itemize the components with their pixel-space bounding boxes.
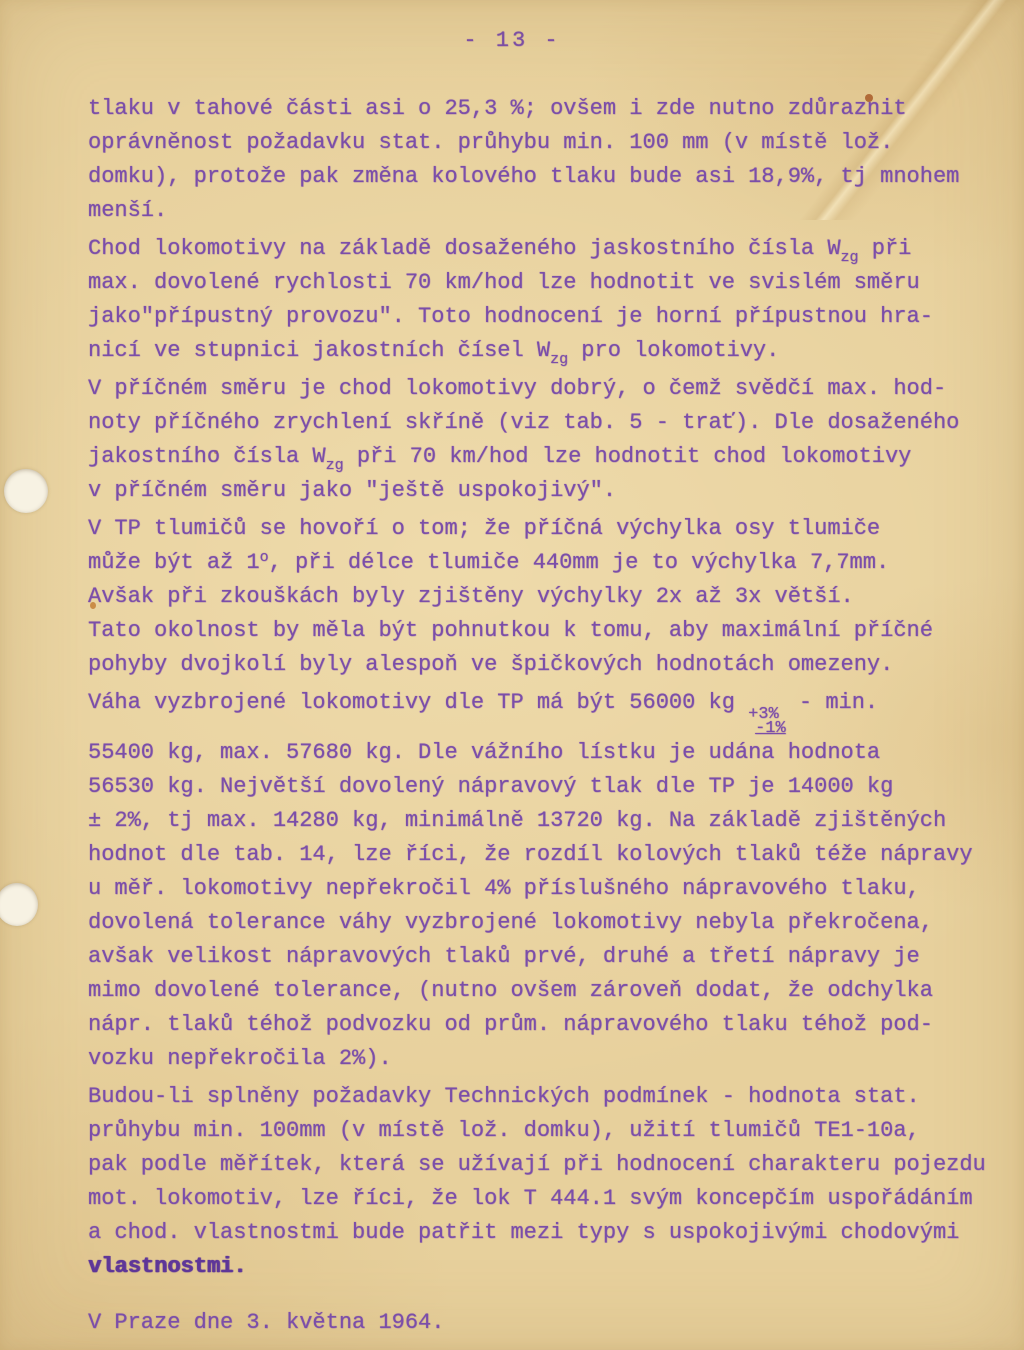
paragraph-text: pro lokomotivy.: [568, 338, 779, 363]
paragraph-text: - min. 55400 kg, max. 57680 kg. Dle vážn…: [88, 690, 973, 1071]
punch-hole-bottom: [0, 883, 38, 926]
subscript-zg: zg: [326, 457, 344, 474]
paragraph-dampers: V TP tlumičů se hovoří o tom; že příčná …: [88, 512, 1010, 682]
subscript-zg: zg: [841, 249, 859, 266]
page-header: - 13 -: [0, 0, 1024, 53]
tolerance-minus: -1%: [755, 722, 786, 736]
paragraph-vertical-ride: Chod lokomotivy na základě dosaženého ja…: [88, 232, 1010, 368]
paragraph-text: Váha vyzbrojené lokomotivy dle TP má být…: [88, 690, 748, 715]
paragraph-text: tlaku v tahové části asi o 25,3 %; ovšem…: [88, 96, 959, 223]
paragraph-text: Chod lokomotivy na základě dosaženého ja…: [88, 236, 841, 261]
paragraph-lateral-ride: V příčném směru je chod lokomotivy dobrý…: [88, 372, 1010, 508]
paragraph-wheel-pressure: tlaku v tahové části asi o 25,3 %; ovšem…: [88, 92, 1010, 228]
date-line: V Praze dne 3. května 1964.: [88, 1306, 1010, 1340]
emphasized-word: vlastnostmi.: [88, 1254, 246, 1279]
paragraph-text: Budou-li splněny požadavky Technických p…: [88, 1084, 986, 1245]
paragraph-conclusion: Budou-li splněny požadavky Technických p…: [88, 1080, 1010, 1284]
tolerance-stack: +3%-1%: [748, 708, 786, 736]
superscript-degree: o: [260, 549, 269, 566]
date-text: V Praze dne 3. května 1964.: [88, 1310, 444, 1335]
punch-hole-top: [4, 469, 48, 513]
paragraph-weight-tolerances: Váha vyzbrojené lokomotivy dle TP má být…: [88, 686, 1010, 1076]
subscript-zg: zg: [550, 351, 568, 368]
document-body: tlaku v tahové části asi o 25,3 %; ovšem…: [88, 92, 1010, 1344]
document-page: - 13 - tlaku v tahové části asi o 25,3 %…: [0, 0, 1024, 1350]
page-number: - 13 -: [463, 28, 560, 53]
